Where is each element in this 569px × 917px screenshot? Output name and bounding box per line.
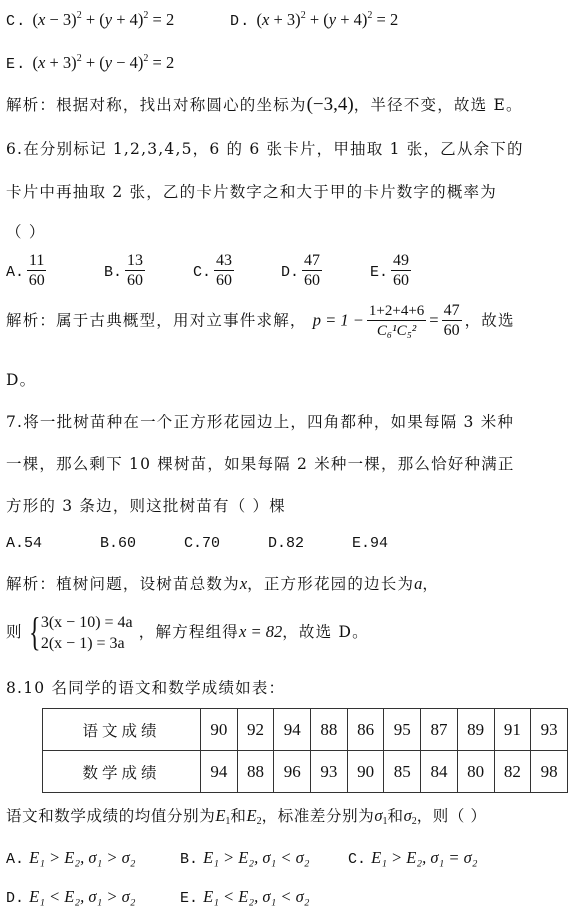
- fraction: 1360: [125, 252, 145, 291]
- q7-option-d: D.82: [268, 535, 304, 552]
- analysis-text-end: ，故选: [465, 312, 515, 330]
- q8-option-b: B. E₁ > E₂, σ₁ < σ₂: [180, 848, 310, 868]
- q5-analysis: 解析：根据对称，找出对称圆心的坐标为(−3,4)，半径不变，故选 E。: [6, 93, 523, 116]
- table-cell: 94: [201, 751, 238, 793]
- numerator: 47: [442, 302, 462, 321]
- stem-text: ，标准差分别为: [262, 807, 375, 825]
- q5-option-e: E. (x + 3)2 + (y − 4)2 = 2: [6, 53, 174, 73]
- q7-stem-line3: 方形的 3 条边，则这批树苗有（ ）棵: [6, 494, 286, 516]
- table-cell: 94: [274, 709, 311, 751]
- table-row: 语文成绩 90 92 94 88 86 95 87 89 91 93: [43, 709, 568, 751]
- denominator: 60: [125, 271, 145, 291]
- table-cell: 90: [201, 709, 238, 751]
- q5-option-c: C. (x − 3)2 + (y + 4)2 = 2: [6, 10, 174, 30]
- analysis-text: 解析：植树问题，设树苗总数为: [6, 575, 240, 593]
- q7-analysis-line2: 则 { 3(x − 10) = 4a 2(x − 1) = 3a ，解方程组得x…: [6, 612, 369, 654]
- equation-system: { 3(x − 10) = 4a 2(x − 1) = 3a: [29, 612, 133, 654]
- table-cell: 98: [531, 751, 568, 793]
- q6-stem-line2: 卡片中再抽取 2 张，乙的卡片数字之和大于甲的卡片数字的概率为: [6, 180, 497, 202]
- analysis-text: 则: [6, 623, 23, 641]
- numerator: 43: [214, 252, 234, 271]
- q7-option-a: A.54: [6, 535, 42, 552]
- table-cell: 84: [421, 751, 458, 793]
- option-expression: (x + 3)2 + (y + 4)2 = 2: [257, 10, 399, 29]
- table-cell: 88: [311, 709, 348, 751]
- equation-1: 3(x − 10) = 4a: [41, 612, 133, 633]
- q7-option-b: B.60: [100, 535, 136, 552]
- q8-stem: 8.10 名同学的语文和数学成绩如表：: [6, 676, 285, 698]
- row-label: 数学成绩: [43, 751, 201, 793]
- table-cell: 96: [274, 751, 311, 793]
- q7-option-c: C.70: [184, 535, 220, 552]
- option-label: A.: [6, 851, 24, 868]
- option-expression: E₁ < E₂, σ₁ < σ₂: [203, 887, 309, 906]
- q8-option-e: E. E₁ < E₂, σ₁ < σ₂: [180, 887, 310, 907]
- q5-option-d: D. (x + 3)2 + (y + 4)2 = 2: [230, 10, 398, 30]
- formula-p: p = 1 −: [313, 311, 364, 330]
- center-point: (−3,4): [307, 94, 354, 115]
- scores-table: 语文成绩 90 92 94 88 86 95 87 89 91 93 数学成绩 …: [42, 708, 568, 793]
- denominator: 60: [27, 271, 46, 291]
- q8-option-c: C. E₁ > E₂, σ₁ = σ₂: [348, 848, 478, 868]
- q7-stem-line1: 7.将一批树苗种在一个正方形花园边上，四角都种，如果每隔 3 米种: [6, 410, 514, 432]
- q6-analysis: 解析：属于古典概型，用对立事件求解， p = 1 −1+2+4+6C₆¹C₅²=…: [6, 302, 515, 341]
- denominator: C₆¹C₅²: [367, 321, 426, 341]
- solution: x = 82: [239, 622, 282, 641]
- fraction: 4360: [214, 252, 234, 291]
- table-row: 数学成绩 94 88 96 93 90 85 84 80 82 98: [43, 751, 568, 793]
- equation-2: 2(x − 1) = 3a: [41, 633, 133, 654]
- q8-option-d: D. E₁ < E₂, σ₁ > σ₂: [6, 887, 136, 907]
- option-expression: (x + 3)2 + (y − 4)2 = 2: [33, 53, 175, 72]
- option-label: B.: [180, 851, 198, 868]
- option-label: D.: [281, 264, 299, 281]
- numerator: 11: [27, 252, 46, 271]
- table-cell: 93: [531, 709, 568, 751]
- table-cell: 89: [457, 709, 494, 751]
- option-label: B.: [104, 264, 122, 281]
- table-cell: 90: [347, 751, 384, 793]
- q6-option-b: B.1360: [104, 252, 148, 291]
- table-cell: 87: [421, 709, 458, 751]
- q8-option-a: A. E₁ > E₂, σ₁ > σ₂: [6, 848, 136, 868]
- denominator: 60: [442, 321, 462, 341]
- table-cell: 85: [384, 751, 421, 793]
- analysis-text: ，解方程组得: [139, 623, 239, 641]
- option-expression: E₁ > E₂, σ₁ < σ₂: [203, 848, 309, 867]
- fraction: 1160: [27, 252, 46, 291]
- q6-stem-line1: 6.在分别标记 1,2,3,4,5，6 的 6 张卡片，甲抽取 1 张，乙从余下…: [6, 137, 524, 159]
- table-cell: 93: [311, 751, 348, 793]
- q6-option-c: C.4360: [193, 252, 237, 291]
- option-expression: E₁ < E₂, σ₁ > σ₂: [29, 887, 135, 906]
- option-label: E.: [180, 890, 198, 907]
- q7-stem-line2: 一棵，那么剩下 10 棵树苗，如果每隔 2 米种一棵，那么恰好种满正: [6, 452, 515, 474]
- q6-stem-line3: （ ）: [6, 220, 46, 242]
- numerator: 1+2+4+6: [367, 302, 426, 321]
- q6-option-e: E.4960: [370, 252, 414, 291]
- equals: =: [429, 311, 438, 330]
- stem-text: 语文和数学成绩的均值分别为: [6, 807, 215, 825]
- option-label: C.: [193, 264, 211, 281]
- numerator: 47: [302, 252, 322, 271]
- q7-option-e: E.94: [352, 535, 388, 552]
- denominator: 60: [302, 271, 322, 291]
- option-expression: E₁ > E₂, σ₁ > σ₂: [29, 848, 135, 867]
- option-label: E.: [6, 56, 26, 73]
- table-cell: 82: [494, 751, 531, 793]
- analysis-text: ，: [422, 575, 439, 593]
- denominator: 60: [391, 271, 411, 291]
- table-cell: 80: [457, 751, 494, 793]
- option-expression: E₁ > E₂, σ₁ = σ₂: [371, 848, 477, 867]
- option-label: C.: [348, 851, 366, 868]
- brace-icon: {: [29, 610, 41, 654]
- table-cell: 95: [384, 709, 421, 751]
- formula-fraction: 1+2+4+6C₆¹C₅²: [367, 302, 426, 341]
- q6-option-d: D.4760: [281, 252, 325, 291]
- denominator: 60: [214, 271, 234, 291]
- q7-analysis-line1: 解析：植树问题，设树苗总数为x，正方形花园的边长为a，: [6, 572, 439, 594]
- option-label: D.: [230, 13, 250, 30]
- q8-question: 语文和数学成绩的均值分别为E1和E2，标准差分别为σ1和σ2，则（ ）: [6, 804, 487, 826]
- table-cell: 88: [237, 751, 274, 793]
- row-label: 语文成绩: [43, 709, 201, 751]
- option-label: A.: [6, 264, 24, 281]
- table-cell: 91: [494, 709, 531, 751]
- option-label: D.: [6, 890, 24, 907]
- option-label: E.: [370, 264, 388, 281]
- table-cell: 86: [347, 709, 384, 751]
- result-fraction: 4760: [442, 302, 462, 341]
- analysis-text: 解析：属于古典概型，用对立事件求解，: [6, 312, 307, 330]
- q6-analysis-end: D。: [6, 368, 36, 390]
- stem-text: ，则（ ）: [417, 807, 487, 825]
- analysis-text-end: ，半径不变，故选 E。: [354, 96, 523, 114]
- option-label: C.: [6, 13, 26, 30]
- numerator: 13: [125, 252, 145, 271]
- analysis-text: ，故选 D。: [282, 623, 369, 641]
- fraction: 4960: [391, 252, 411, 291]
- fraction: 4760: [302, 252, 322, 291]
- analysis-text: ，正方形花园的边长为: [247, 575, 414, 593]
- numerator: 49: [391, 252, 411, 271]
- q6-option-a: A.1160: [6, 252, 49, 291]
- option-expression: (x − 3)2 + (y + 4)2 = 2: [33, 10, 175, 29]
- analysis-text: 解析：根据对称，找出对称圆心的坐标为: [6, 96, 307, 114]
- table-cell: 92: [237, 709, 274, 751]
